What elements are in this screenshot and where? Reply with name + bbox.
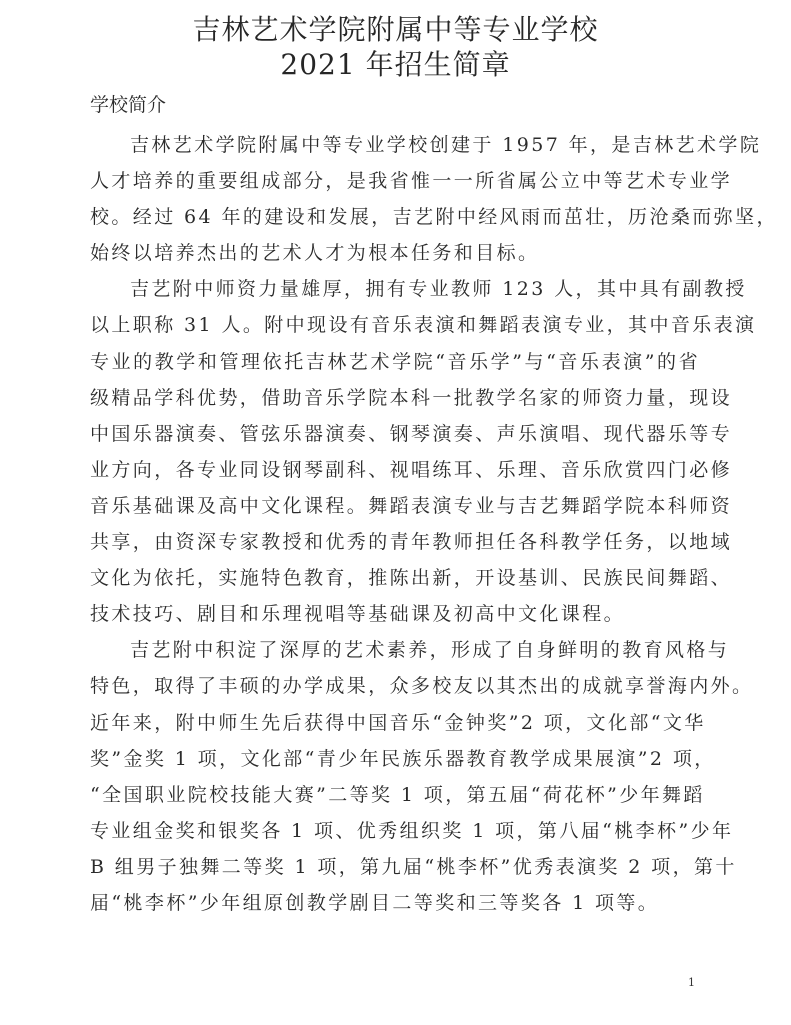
paragraph-line: 以上职称 31 人。附中现设有音乐表演和舞蹈表演专业，其中音乐表演	[90, 307, 700, 343]
paragraph-line: “全国职业院校技能大赛”二等奖 1 项，第五届“荷花杯”少年舞蹈	[90, 777, 700, 813]
paragraph-line: B 组男子独舞二等奖 1 项，第九届“桃李杯”优秀表演奖 2 项，第十	[90, 849, 700, 885]
paragraph-line: 文化为依托，实施特色教育，推陈出新，开设基训、民族民间舞蹈、	[90, 560, 700, 596]
paragraph-line: 吉林艺术学院附属中等专业学校创建于 1957 年，是吉林艺术学院	[90, 127, 700, 163]
paragraph-line: 始终以培养杰出的艺术人才为根本任务和目标。	[90, 235, 700, 271]
paragraph-line: 专业的教学和管理依托吉林艺术学院“音乐学”与“音乐表演”的省	[90, 344, 700, 380]
paragraph-line: 中国乐器演奏、管弦乐器演奏、钢琴演奏、声乐演唱、现代器乐等专	[90, 416, 700, 452]
paragraph-line: 吉艺附中师资力量雄厚，拥有专业教师 123 人，其中具有副教授	[90, 271, 700, 307]
paragraph-line: 吉艺附中积淀了深厚的艺术素养，形成了自身鲜明的教育风格与	[90, 632, 700, 668]
body-text: 吉林艺术学院附属中等专业学校创建于 1957 年，是吉林艺术学院 人才培养的重要…	[90, 127, 700, 921]
document-subtitle: 2021 年招生简章	[0, 48, 791, 82]
paragraph-line: 音乐基础课及高中文化课程。舞蹈表演专业与吉艺舞蹈学院本科师资	[90, 488, 700, 524]
section-heading: 学校简介	[90, 91, 166, 119]
paragraph-line: 共享，由资深专家教授和优秀的青年教师担任各科教学任务，以地域	[90, 524, 700, 560]
page-number: 1	[688, 976, 695, 989]
paragraph-line: 特色，取得了丰硕的办学成果，众多校友以其杰出的成就享誉海内外。	[90, 668, 700, 704]
paragraph-line: 级精品学科优势，借助音乐学院本科一批教学名家的师资力量，现设	[90, 380, 700, 416]
paragraph-line: 人才培养的重要组成部分，是我省惟一一所省属公立中等艺术专业学	[90, 163, 700, 199]
document-page: 吉林艺术学院附属中等专业学校 2021 年招生简章 学校简介 吉林艺术学院附属中…	[0, 0, 791, 1025]
paragraph-line: 届“桃李杯”少年组原创教学剧目二等奖和三等奖各 1 项等。	[90, 885, 700, 921]
document-title: 吉林艺术学院附属中等专业学校	[0, 13, 791, 47]
paragraph-line: 校。经过 64 年的建设和发展，吉艺附中经风雨而茁壮，历沧桑而弥坚，	[90, 199, 700, 235]
paragraph-line: 奖”金奖 1 项，文化部“青少年民族乐器教育教学成果展演”2 项，	[90, 741, 700, 777]
paragraph-line: 专业组金奖和银奖各 1 项、优秀组织奖 1 项，第八届“桃李杯”少年	[90, 813, 700, 849]
paragraph-line: 近年来，附中师生先后获得中国音乐“金钟奖”2 项，文化部“文华	[90, 705, 700, 741]
paragraph-line: 技术技巧、剧目和乐理视唱等基础课及初高中文化课程。	[90, 596, 700, 632]
paragraph-line: 业方向，各专业同设钢琴副科、视唱练耳、乐理、音乐欣赏四门必修	[90, 452, 700, 488]
